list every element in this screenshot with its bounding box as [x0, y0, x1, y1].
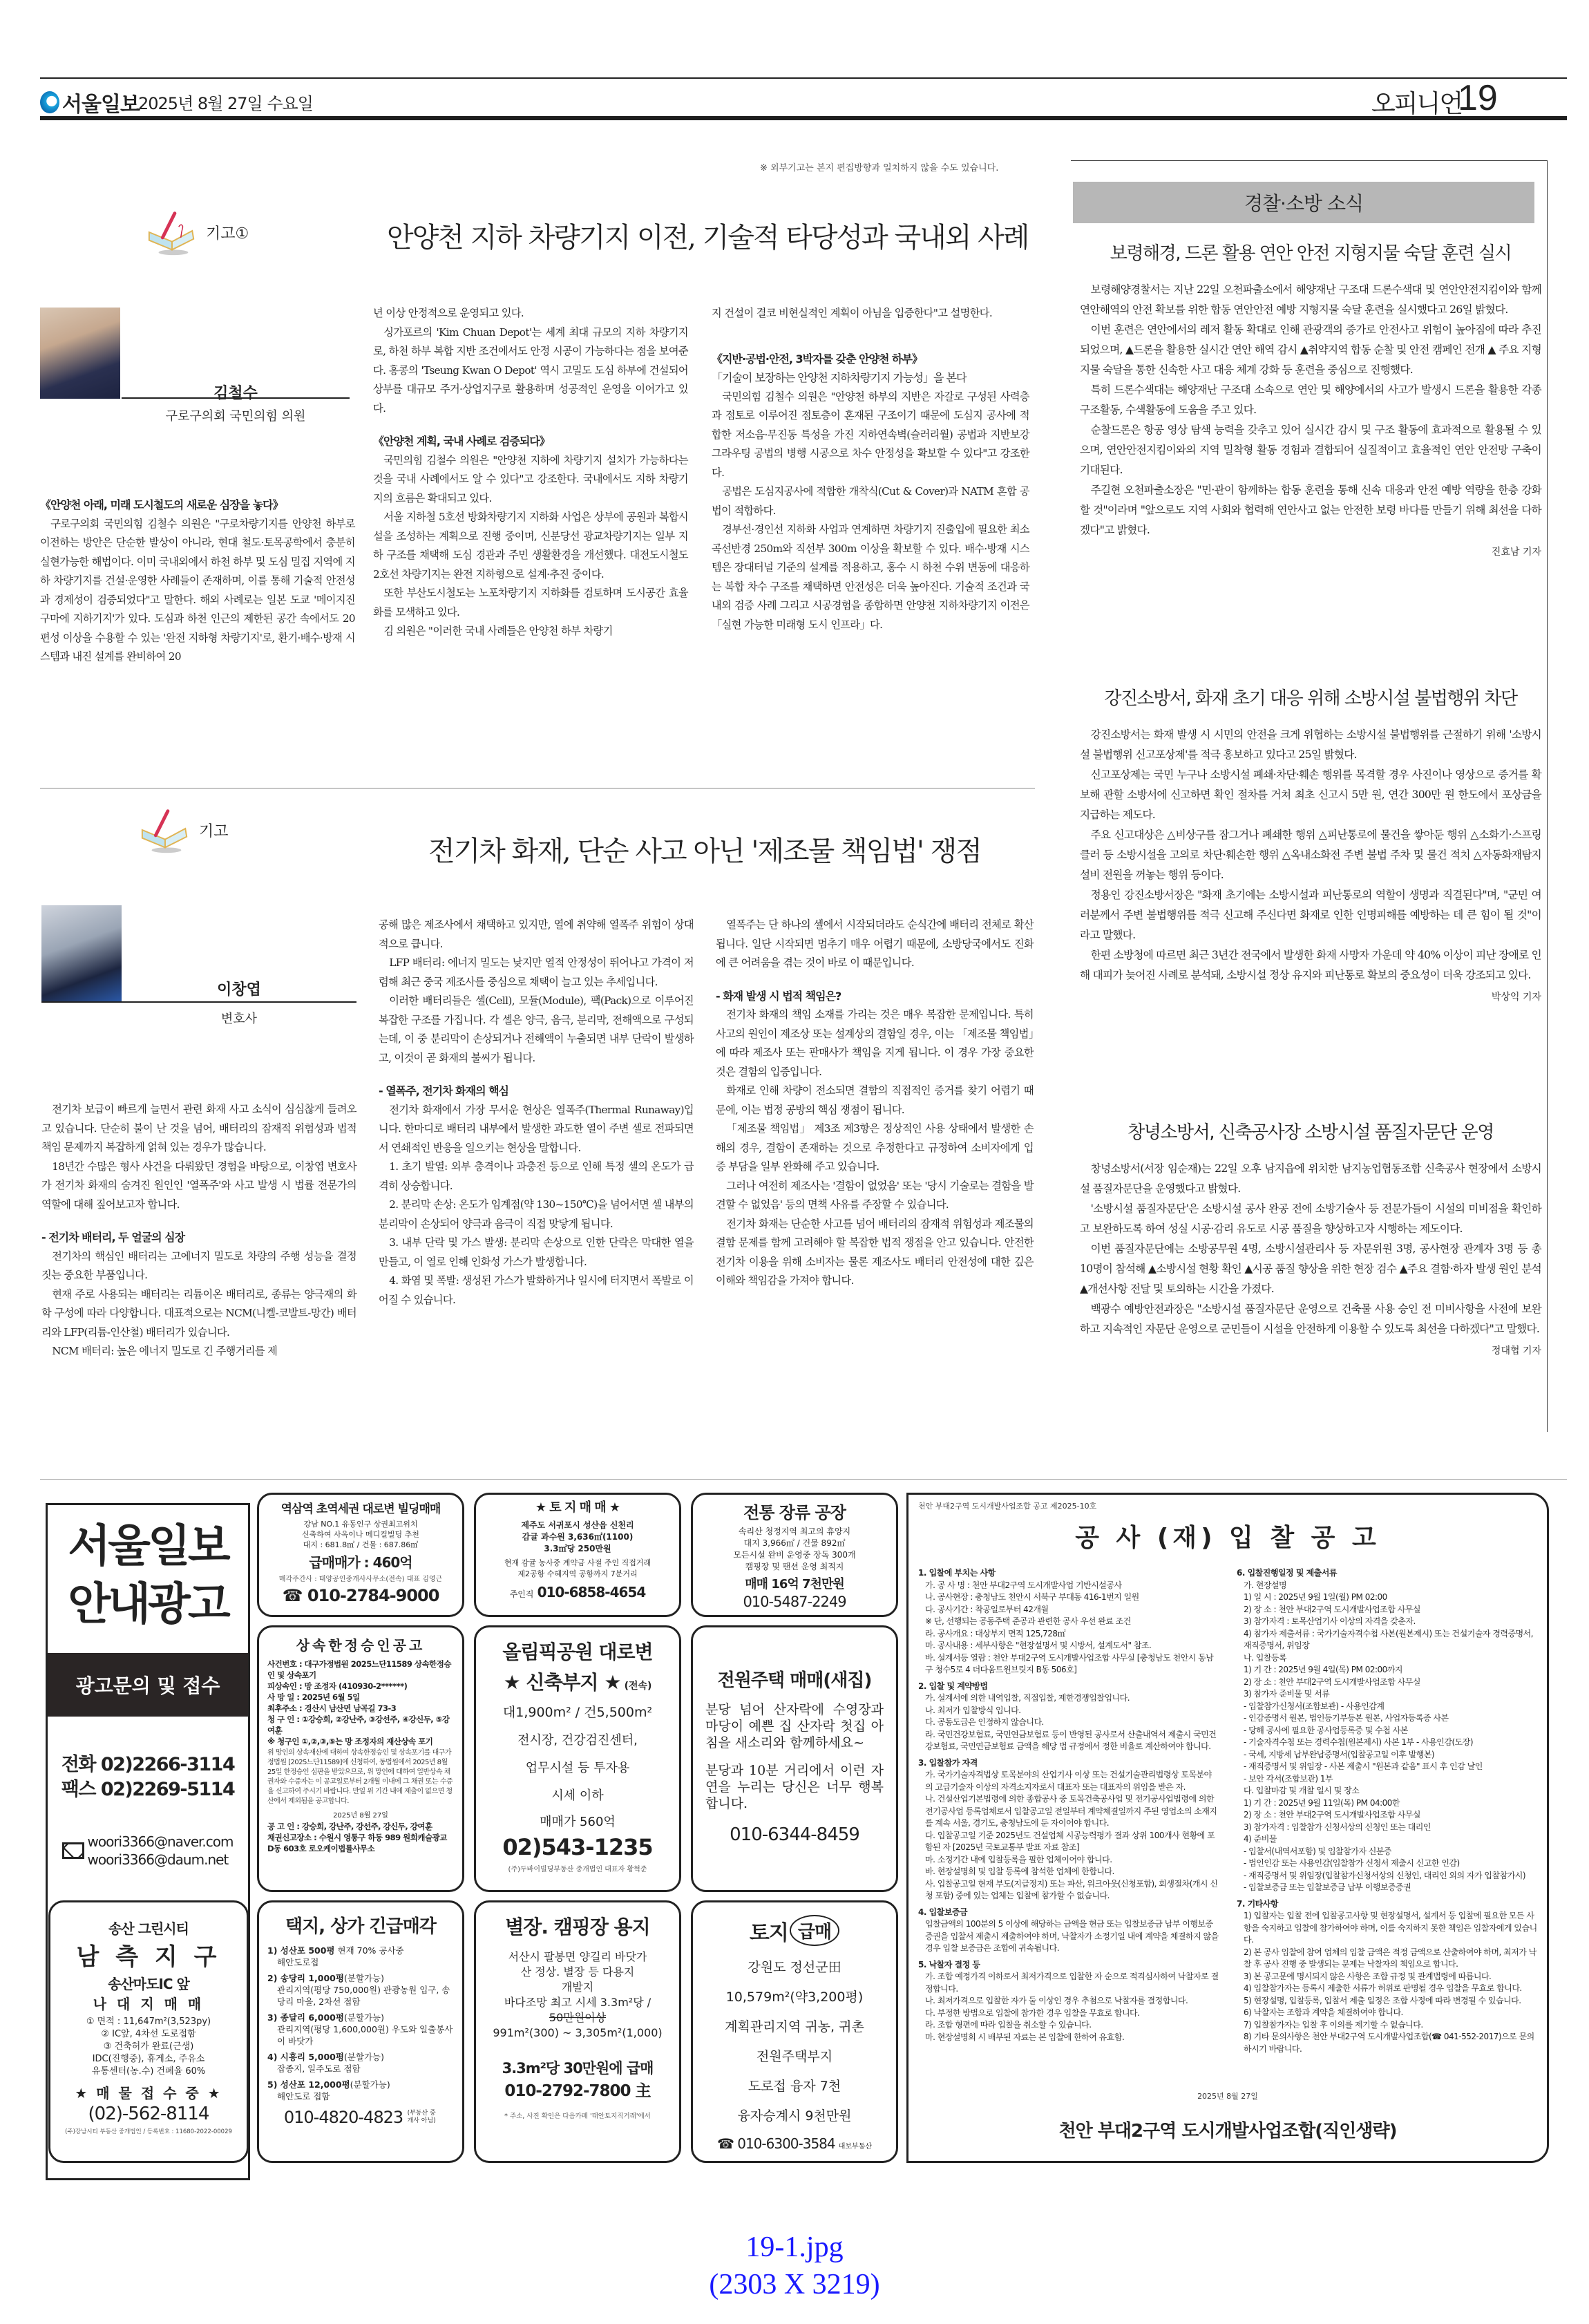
- article2-column-3: 열폭주는 단 하나의 셀에서 시작되더라도 순식간에 배터리 전체로 확산됩니다…: [716, 916, 1034, 1291]
- subheading: - 화재 발생 시 법적 책임은?: [716, 987, 1034, 1006]
- ad-contact[interactable]: 주인직 010-6858-4654: [476, 1584, 679, 1600]
- paragraph: 공해 많은 제조사에서 채택하고 있지만, 열에 취약해 열폭주 위험이 상대적…: [379, 916, 694, 954]
- bid-line: - 재직증명서 및 위임장 - 사본 제출시 "원본과 같음" 표시 후 인감 …: [1237, 1761, 1537, 1773]
- paragraph: 또한 부산도시철도는 노포차량기지 지하화를 검토하며 도시공간 효율화를 모색…: [373, 584, 688, 622]
- issue-date: 2025년 8월 27일 수요일: [138, 90, 313, 114]
- ad-title: 토지: [750, 1916, 788, 1946]
- bid-notice-number: 천안 부대2구역 도시개발사업조합 공고 제2025-10호: [908, 1495, 1547, 1511]
- ad-note: (부동산 중개사 아님): [406, 2110, 437, 2125]
- bid-line: 바. 현장설명회 및 입찰 등록에 참석한 업체에 한합니다.: [918, 1866, 1219, 1878]
- ad-item: ① 면적 : 11,647m²(3,523py): [50, 2016, 247, 2028]
- bid-line: 3) 참가자 준비물 및 서류: [1237, 1688, 1537, 1701]
- article1-column-2: 년 이상 안정적으로 운영되고 있다. 싱가포르의 'Kim Chuan Dep…: [373, 304, 688, 641]
- paragraph: 「제조물 책임법」 제3조 제3항은 정상적인 사용 상태에서 발생한 손해의 …: [716, 1120, 1034, 1177]
- ad-phone[interactable]: (02)-562-8114: [50, 2104, 247, 2124]
- bid-line: 나. 최저가 입찰방식 입니다.: [918, 1705, 1219, 1717]
- ad-line: 바다조망 최고 시세 3.3m²당 /: [476, 1995, 679, 2010]
- waiver-note: ※ 청구인 ①,②,③,⑤는 망 조정자의 재산상속 포기: [267, 1736, 454, 1747]
- bid-line: 다. 공동도급은 인정하지 않습니다.: [918, 1717, 1219, 1729]
- ad-item: IDC(진행중), 휴게소, 주유소: [50, 2053, 247, 2066]
- paragraph: 년 이상 안정적으로 운영되고 있다.: [373, 304, 688, 323]
- paragraph: 창녕소방서(서장 임순재)는 22일 오후 남지읍에 위치한 남지농업협동조합 …: [1080, 1159, 1541, 1199]
- ad-price: 매매 16억 7천만원: [693, 1574, 896, 1592]
- bid-line: - 입찰보증금 또는 입찰보증금 납부 이행보증증권: [1237, 1882, 1537, 1894]
- ad-item: ③ 건축허가 완료(근생): [50, 2041, 247, 2053]
- bid-line: 4) 참가자 제출서류 : 국가기술자격수첩 사본(원본제시) 또는 건설기술자…: [1237, 1628, 1537, 1652]
- bid-section-heading: 4. 입찰보증금: [918, 1907, 1219, 1919]
- ad-banner: ★ 매 물 접 수 중 ★: [50, 2082, 247, 2102]
- article2-author-name: 이창엽: [122, 978, 356, 999]
- ad-tag: (전속): [625, 1681, 652, 1692]
- paragraph: 전기차 화재에서 가장 무서운 현상은 열폭주(Thermal Runaway)…: [379, 1101, 694, 1158]
- bid-line: 라. 조합 형편에 따라 입찰을 취소할 수 있습니다.: [918, 2019, 1219, 2032]
- subheading: 《안양천 계획, 국내 사례로 검증되다》: [373, 432, 688, 451]
- bid-line: 나. 공사현장 : 충청남도 천안시 서북구 부대동 416-1번지 일원: [918, 1591, 1219, 1604]
- bid-line: - 보안 각서(조합보관) 1부: [1237, 1773, 1537, 1786]
- paragraph: 보령해양경찰서는 지난 22일 오천파출소에서 해양재난 구조대 드론수색대 및…: [1080, 280, 1541, 320]
- bid-line: 5) 현장설명, 입찰등록, 입찰서 제출 일정은 조합 사정에 따라 변경될 …: [1237, 1995, 1537, 2007]
- ad-item: 1) 성산포 500평 현재 70% 공사중해안도로접: [267, 1945, 454, 1968]
- ad-line: 캠핑장 및 팬션 운영 최적지: [693, 1561, 896, 1573]
- paragraph: 국민의힘 김철수 의원은 "안양천 하부의 지반은 자갈로 구성된 사력층과 점…: [712, 388, 1029, 483]
- bid-line: - 법인인감 또는 사용인감(입찰참가 신청서 제출시 신고한 인감): [1237, 1858, 1537, 1870]
- logo-globe-icon: [40, 91, 59, 113]
- ad-price: 급매매가 : 460억: [259, 1551, 462, 1571]
- article1-author-name: 김철수: [122, 381, 350, 403]
- ad-line: 계획관리지역 귀농, 귀촌: [693, 2016, 896, 2035]
- paragraph: 백광수 예방안전과장은 "소방시설 품질자문단 운영으로 건축물 사용 승인 전…: [1080, 1299, 1541, 1339]
- email-2[interactable]: woori3366@daum.net: [87, 1851, 233, 1869]
- ad-line: 개발지: [476, 1980, 679, 1995]
- paragraph: 특히 드론수색대는 해양재난 구조대 소속으로 연안 및 해양에서의 사고가 발…: [1080, 380, 1541, 420]
- paragraph: 서울 지하철 5호선 방화차량기지 지하화 사업은 상부에 공원과 복합시설을 …: [373, 508, 688, 584]
- guide-phone[interactable]: 전화 02)2266-3114: [48, 1753, 248, 1777]
- ad-line: 대지 : 681.8㎡ / 건물 : 687.86㎡: [259, 1540, 462, 1550]
- article2-kigo-badge: 기고: [138, 805, 229, 855]
- news-item: 창녕소방서, 신축공사장 소방시설 품질자문단 운영 창녕소방서(서장 임순재)…: [1080, 1118, 1541, 1357]
- paragraph: 현재 주로 사용되는 배터리는 리튬이온 배터리로, 종류는 양극재의 화학 구…: [41, 1285, 356, 1343]
- byline: 정대협 기자: [1080, 1343, 1541, 1357]
- masthead-logo[interactable]: 서울일보: [40, 87, 140, 117]
- bid-line: 마. 소정기간 내에 입찰등록을 필한 업체이어야 합니다.: [918, 1854, 1219, 1867]
- subheading: 《지반·공법·안전, 3박자를 갖춘 안양천 하부》: [712, 350, 1029, 369]
- bid-line: 사. 입찰공고일 현재 부도(지급정지) 또는 파산, 워크아웃(신청포함), …: [918, 1878, 1219, 1902]
- bid-line: 2) 장 소 : 천안 부대2구역 도시개발사업조합 사무실: [1237, 1604, 1537, 1616]
- article1-column-3: 지 건설이 결코 비현실적인 계획이 아님을 입증한다"고 설명한다. 《지반·…: [712, 304, 1029, 634]
- ad-line: 991m²(300) ~ 3,305m²(1,000): [476, 2025, 679, 2041]
- ad-line: 송산 그린시티: [50, 1918, 247, 1938]
- author-divider: [41, 1001, 356, 1003]
- bid-line: 3) 본 공고문에 명시되지 않은 사항은 조합 규정 및 관계법령에 따릅니다…: [1237, 1971, 1537, 1983]
- ad-line: 전시장, 건강검진센터,: [476, 1730, 679, 1748]
- ad-line: 강원도 정선군田: [693, 1957, 896, 1976]
- ad-line: 융자승계시 9천만원: [693, 2106, 896, 2124]
- ad-building[interactable]: 역삼역 초역세권 대로변 빌딩매매 강남 NO.1 유동인구 상권최고위치 신축…: [257, 1493, 464, 1617]
- ad-land-jeju[interactable]: ★ 토 지 매 매 ★ 제주도 서귀포시 성산읍 신천리 감귤 과수원 3,63…: [474, 1493, 681, 1617]
- subheading: - 전기차 배터리, 두 얼굴의 심장: [41, 1228, 356, 1247]
- bid-line: 6) 낙찰자는 조합과 계약을 체결하여야 합니다.: [1237, 2007, 1537, 2019]
- byline: 박상익 기자: [1080, 990, 1541, 1003]
- bid-line: 가. 현장설명: [1237, 1580, 1537, 1592]
- paragraph: 4. 화염 및 폭발: 생성된 가스가 발화하거나 일시에 터지면서 폭발로 이…: [379, 1272, 694, 1310]
- article1-kigo-label: 기고①: [206, 222, 249, 243]
- bid-line: 2) 장 소 : 천안 부대2구역 도시개발사업조합 사무실: [1237, 1809, 1537, 1822]
- ad-line: 3.3㎡당 250만원: [476, 1543, 679, 1555]
- bid-line: 4) 입찰참가자는 등록시 제출한 서류가 허위로 판명될 경우 입찰을 무효로…: [1237, 1983, 1537, 1995]
- ad-title: 올림픽공원 대로변: [476, 1637, 679, 1665]
- ad-title: ★ 토 지 매 매 ★: [476, 1498, 679, 1515]
- article1-column-1: 《안양천 아래, 미래 도시철도의 새로운 심장을 놓다》 구로구의회 국민의힘…: [40, 495, 355, 667]
- bid-issuer: 천안 부대2구역 도시개발사업조합(직인생략): [908, 2117, 1547, 2142]
- ad-phone[interactable]: 010-6858-4654: [537, 1584, 646, 1600]
- paragraph: 정용인 강진소방서장은 "화재 초기에는 소방시설과 피난통로의 역할이 생명과…: [1080, 885, 1541, 945]
- ad-line: 서산시 팔봉면 양길리 바닷가: [476, 1949, 679, 1965]
- ad-line: 대지 3,966㎡ / 건물 892㎡: [693, 1538, 896, 1549]
- bid-line: 나. 건설산업기본법령에 의한 종합공사 중 토목건축공사업 및 전기공사업법령…: [918, 1793, 1219, 1830]
- ad-green-city[interactable]: 송산 그린시티 남 측 지 구 송산마도IC 앞 나 대 지 매 매 ① 면적 …: [48, 1900, 249, 2163]
- bid-line: 2) 장 소 : 천안 부대2구역 도시개발사업조합 사무실: [1237, 1676, 1537, 1689]
- paragraph: 국민의힘 김철수 의원은 "안양천 지하에 차량기지 설치가 가능하다는 것을 …: [373, 451, 688, 509]
- bid-line: 가. 조합 예정가격 이하로서 최저가격으로 입찰한 자 순으로 적격심사하여 …: [918, 1971, 1219, 1995]
- bid-line: - 입찰서(내역서포함) 및 입찰참가자 신분증: [1237, 1846, 1537, 1858]
- bid-line: 1) 기 간 : 2025년 9월 4일(목) PM 02:00까지: [1237, 1664, 1537, 1676]
- paragraph: 이번 품질자문단에는 소방공무원 4명, 소방시설관리사 등 자문위원 3명, …: [1080, 1239, 1541, 1299]
- article2-kigo-label: 기고: [199, 820, 229, 841]
- paragraph: 구로구의회 국민의힘 김철수 의원은 "구로차량기지를 안양천 하부로 이전하는…: [40, 515, 355, 667]
- ad-item: 3) 종달리 6,000평(분할가능)관리지역(평당 1,600,000원) 우…: [267, 2012, 454, 2047]
- ad-line: 현재 감귤 농사중 계약금 사절 주인 직접거래: [476, 1558, 679, 1569]
- ad-line: 모든시설 완비 운영중 장독 300개: [693, 1549, 896, 1561]
- bid-section-heading: 6. 입찰진행일정 및 제출서류: [1237, 1567, 1537, 1580]
- ad-line: 감귤 과수원 3,636㎡(1100): [476, 1531, 679, 1543]
- bid-line: 나. 최저가격으로 입찰한 자가 둘 이상인 경우 추첨으로 낙찰자를 결정합니…: [918, 1995, 1219, 2007]
- ad-subtitle: ★ 신축부지 ★: [504, 1671, 621, 1694]
- bid-line: - 당해 공사에 필요한 공사업등록증 및 수첩 사본: [1237, 1725, 1537, 1737]
- article2-column-1: 전기차 보급이 빠르게 늘면서 관련 화재 사고 소식이 심심찮게 들려오고 있…: [41, 1100, 356, 1361]
- news-section-header: 경찰·소방 소식: [1073, 182, 1534, 223]
- article1-title: 안양천 지하 차량기지 이전, 기술적 타당성과 국내외 사례: [387, 216, 1028, 255]
- paragraph: 김 의원은 "이러한 국내 사례들은 안양천 하부 차량기: [373, 622, 688, 641]
- ad-line: 제주도 서귀포시 성산읍 신천리: [476, 1520, 679, 1531]
- ad-item: 2) 송당리 1,000평(분할가능)관리지역(평당 750,000원) 관광농…: [267, 1972, 454, 2007]
- ad-phone[interactable]: 010-6344-8459: [693, 1824, 896, 1845]
- notice-title: 상속한정승인공고: [259, 1634, 462, 1654]
- paragraph: 경부선·경인선 지하화 사업과 연계하면 차량기지 진출입에 필요한 최소 곡선…: [712, 520, 1029, 634]
- news-item: 강진소방서, 화재 초기 대응 위해 소방시설 불법행위 차단 강진소방서는 화…: [1080, 684, 1541, 1003]
- caption-filename: 19-1.jpg: [0, 2229, 1589, 2266]
- ad-agent: 대보부동산: [839, 2143, 872, 2151]
- header-bottom-rule: [40, 116, 1567, 120]
- bid-line: 1) 기 간 : 2025년 9월 11일(목) PM 04:00한: [1237, 1797, 1537, 1810]
- bid-line: 가. 설계서에 의한 내역입찰, 직접입찰, 제한경쟁입찰입니다.: [918, 1692, 1219, 1705]
- image-caption: 19-1.jpg (2303 X 3219): [0, 2229, 1589, 2303]
- paragraph: NCM 배터리: 높은 에너지 밀도로 긴 주행거리를 제: [41, 1342, 356, 1361]
- paragraph: 주요 신고대상은 △비상구를 잠그거나 폐쇄한 행위 △피난통로에 물건을 쌓아…: [1080, 825, 1541, 885]
- ad-item: ② IC앞, 4차선 도로접함: [50, 2028, 247, 2041]
- ad-land-urgent[interactable]: 토지 급매 강원도 정선군田 10,579m²(약3,200평) 계획관리지역 …: [691, 1900, 898, 2163]
- urgent-badge: 급매: [790, 1915, 839, 1946]
- ad-factory[interactable]: 전통 장류 공장 속리산 청정지역 최고의 휴양지 대지 3,966㎡ / 건물…: [691, 1493, 898, 1617]
- ad-title: 역삼역 초역세권 대로변 빌딩매매: [259, 1499, 462, 1516]
- section-name: 오피니언: [1371, 84, 1462, 120]
- ad-line: 신축하여 사옥이나 메디컬빌딩 추천: [259, 1529, 462, 1540]
- bid-line: 8) 기타 문의사항은 천안 부대2구역 도시개발사업조합(☎ 041-552-…: [1237, 2031, 1537, 2055]
- ad-strike-price: 50만원이상: [476, 2010, 679, 2025]
- ad-area: 대1,900m² / 건5,500m²: [476, 1702, 679, 1721]
- bid-line: 다. 부정한 방법으로 입찰에 참가한 경우 입찰을 무효로 합니다.: [918, 2007, 1219, 2020]
- ad-line: 제2공항 수혜지역 공항까지 7분거리: [476, 1569, 679, 1580]
- ad-inheritance-notice: 상속한정승인공고 사건번호 : 대구가정법원 2025느단11589 상속한정승…: [257, 1625, 464, 1892]
- paragraph: 1. 초기 발열: 외부 충격이나 과충전 등으로 인해 특정 셀의 온도가 급…: [379, 1158, 694, 1196]
- caption-dimensions: (2303 X 3219): [0, 2266, 1589, 2303]
- article1-author-photo: [40, 308, 120, 399]
- bid-line: 7) 입찰참가자는 입찰 후 이의를 제기할 수 없습니다.: [1237, 2019, 1537, 2032]
- bid-line: 바. 설계서등 열람 : 천안 부대2구역 도시개발사업조합 사무실 [충청남도…: [918, 1652, 1219, 1676]
- bid-line: 2) 본 공사 입찰에 참여 업체의 입찰 금액은 적정 금액으로 산출하여야 …: [1237, 1947, 1537, 1971]
- ad-line: 10,579m²(약3,200평): [693, 1987, 896, 2005]
- paragraph: 지 건설이 결코 비현실적인 계획이 아님을 입증한다"고 설명한다.: [712, 304, 1029, 323]
- article2-author-role: 변호사: [122, 1009, 356, 1027]
- paragraph: 강진소방서는 화재 발생 시 시민의 안전을 크게 위협하는 소방시설 불법행위…: [1080, 725, 1541, 765]
- bid-line: 입찰금액의 100분의 5 이상에 해당하는 금액을 현금 또는 입찰보증금 납…: [918, 1918, 1219, 1955]
- ad-body: 분당 넘어 산자락에 수영장과 마당이 예쁜 집 산자락 첫집 아침을 새소리와…: [693, 1692, 896, 1751]
- paragraph: 18년간 수많은 형사 사건을 다뤄왔던 경험을 바탕으로, 이창엽 변호사가 …: [41, 1158, 356, 1215]
- ad-phone-label: 주인직: [510, 1589, 534, 1599]
- ad-country-house[interactable]: 전원주택 매매(새집) 분당 넘어 산자락에 수영장과 마당이 예쁜 집 산자락…: [691, 1625, 898, 1892]
- bid-line: ※ 단, 선행되는 공동주택 준공과 관련한 공사 우선 완료 조건: [918, 1616, 1219, 1628]
- bid-notice: 천안 부대2구역 도시개발사업조합 공고 제2025-10호 공 사 (재) 입…: [906, 1493, 1549, 2163]
- ad-urgent-sale[interactable]: 택지, 상가 긴급매각 1) 성산포 500평 현재 70% 공사중해안도로접 …: [257, 1900, 464, 2163]
- subheading: 《안양천 아래, 미래 도시철도의 새로운 심장을 놓다》: [40, 495, 355, 515]
- paragraph: 이번 훈련은 연안에서의 레저 활동 확대로 인해 관광객의 증가로 안전사고 …: [1080, 320, 1541, 380]
- ad-phone[interactable]: ☎ 010-2784-9000: [259, 1586, 462, 1605]
- bid-line: 가. 국가기술자격법상 토목분야의 산업기사 이상 또는 건설기술관리법령상 토…: [918, 1769, 1219, 1793]
- case-number: 사건번호 : 대구가정법원 2025느단11589 상속한정승인 및 상속포기: [267, 1659, 454, 1681]
- ad-body: 분당과 10분 거리에서 이런 자연을 누리는 당신은 너무 행복합니다.: [693, 1751, 896, 1812]
- ad-phone[interactable]: 010-5487-2249: [693, 1594, 896, 1610]
- ad-agent: 매각주간사 : 태양공인중개사사무소(전속) 대표 김영근: [259, 1573, 462, 1583]
- report-place: 채권신고장소 : 수원시 영통구 하동 989 원희캐슬광교 D동 603호 로…: [267, 1832, 454, 1854]
- ad-price: 매매가 560억: [476, 1812, 679, 1830]
- bid-section-heading: 1. 입찰에 부치는 사항: [918, 1567, 1219, 1580]
- disclaimer: ※ 외부기고는 본지 편집방향과 일치하지 않을 수도 있습니다.: [760, 160, 998, 173]
- bid-line: 4) 준비물: [1237, 1833, 1537, 1846]
- news-body: 강진소방서는 화재 발생 시 시민의 안전을 크게 위협하는 소방시설 불법행위…: [1080, 725, 1541, 985]
- bid-line: 마. 공사내용 : 세부사항은 "현장설명서 및 시방서, 설계도서" 참조.: [918, 1640, 1219, 1652]
- ads-section-rule: [40, 1479, 1567, 1480]
- ad-phone[interactable]: ☎ 010-6300-3584: [717, 2135, 835, 2152]
- ad-villa-camping[interactable]: 별장. 캠핑장 용지 서산시 팔봉면 양길리 바닷가 산 정상. 별장 등 다용…: [474, 1900, 681, 2163]
- bid-line: - 기술자격수첩 또는 경력수첩(원본제시) 사본 1부 - 사용인감(도장): [1237, 1737, 1537, 1749]
- ad-item: 4) 시흥리 5,000평(분할가능)잡종지, 일주도로 접함: [267, 2051, 454, 2075]
- ad-item: 5) 성산포 12,000평(분할가능)해안도로 접함: [267, 2079, 454, 2102]
- guide-fax: 팩스 02)2269-5114: [48, 1777, 248, 1802]
- news-body: 창녕소방서(서장 임순재)는 22일 오후 남지읍에 위치한 남지농업협동조합 …: [1080, 1159, 1541, 1339]
- news-title[interactable]: 창녕소방서, 신축공사장 소방시설 품질자문단 운영: [1080, 1118, 1541, 1144]
- email-1[interactable]: woori3366@naver.com: [87, 1833, 233, 1851]
- announcers: 공 고 인 : 강승희, 강난주, 강선주, 강신두, 강여훈: [267, 1821, 454, 1832]
- deceased: 피상속인 : 망 조정자 (410930-2******): [267, 1681, 454, 1692]
- bid-line: 다. 입찰마감 및 개찰 일시 및 장소: [1237, 1785, 1537, 1797]
- ad-title: 남 측 지 구: [50, 1938, 247, 1972]
- guide-title-line1: 서울일보: [48, 1518, 248, 1576]
- paragraph: 2. 분리막 손상: 온도가 임계점(약 130~150℃)을 넘어서면 셀 내…: [379, 1196, 694, 1234]
- ad-line: 속리산 청정지역 최고의 휴양지: [693, 1526, 896, 1538]
- article-divider: [40, 788, 1035, 788]
- paragraph: 전기차의 핵심인 배터리는 고에너지 밀도로 차량의 주행 성능을 결정짓는 중…: [41, 1247, 356, 1285]
- bid-date: 2025년 8월 27일: [908, 2090, 1547, 2101]
- ad-title: 전원주택 매매(새집): [693, 1666, 896, 1692]
- article1-author-role: 구로구의회 국민의힘 의원: [122, 406, 350, 424]
- subheading-secondary: 「기술이 보장하는 안양천 지하차량기지 가능성」을 본다: [712, 368, 1029, 388]
- ad-line: 시세 이하: [476, 1786, 679, 1804]
- ad-olympic-park[interactable]: 올림픽공원 대로변 ★ 신축부지 ★ (전속) 대1,900m² / 건5,50…: [474, 1625, 681, 1892]
- news-item: 보령해경, 드론 활용 연안 안전 지형지물 숙달 훈련 실시 보령해양경찰서는…: [1080, 239, 1541, 558]
- bid-line: - 인감증명서 원본, 법인등기부등본 원본, 사업자등록증 사본: [1237, 1712, 1537, 1725]
- death-date: 사 망 일 : 2025년 6월 5일: [267, 1692, 454, 1703]
- news-body: 보령해양경찰서는 지난 22일 오천파출소에서 해양재난 구조대 드론수색대 및…: [1080, 280, 1541, 540]
- open-book-pencil-icon: [138, 805, 192, 855]
- bid-line: 1) 일 시 : 2025년 9월 1일(월) PM 02:00: [1237, 1591, 1537, 1604]
- paragraph: 순찰드론은 항공 영상 탐색 능력을 갖추고 있어 실시간 감시 및 구조 활동…: [1080, 420, 1541, 480]
- paragraph: 공법은 도심지공사에 적합한 개착식(Cut & Cover)과 NATM 혼합…: [712, 482, 1029, 520]
- bid-left-column: 1. 입찰에 부치는 사항가. 공 사 명 : 천안 부대2구역 도시개발사업 …: [918, 1563, 1219, 2055]
- ad-agent: (주)두바이빌딩부동산 중개법인 대표자 황혁준: [476, 1863, 679, 1873]
- paragraph: 싱가포르의 'Kim Chuan Depot'는 세계 최대 규모의 지하 차량…: [373, 323, 688, 419]
- paragraph: 화재로 인해 차량이 전소되면 결함의 직접적인 증거를 찾기 어렵기 때문에,…: [716, 1081, 1034, 1120]
- ad-title: 전통 장류 공장: [693, 1499, 896, 1523]
- bid-line: 라. 국민건강보험료, 국민연금보험료 등이 반영된 공사로서 산출내역서 제출…: [918, 1729, 1219, 1753]
- bid-line: - 입찰참가신청서(조합보관) - 사용인감계: [1237, 1701, 1537, 1713]
- ad-line: 강남 NO.1 유동인구 상권최고위치: [259, 1519, 462, 1529]
- ad-note: * 주소, 사진 확인은 다음카페 '태안토지직거래'에서: [476, 2110, 679, 2120]
- paragraph: 전기차 화재의 책임 소재를 가리는 것은 매우 복잡한 문제입니다. 특히 사…: [716, 1005, 1034, 1081]
- byline: 진효남 기자: [1080, 545, 1541, 558]
- page-number: 19: [1458, 77, 1498, 119]
- ad-line: 도로접 융자 7천: [693, 2076, 896, 2095]
- bid-line: 1) 입찰자는 입찰 전에 입찰공고사항 및 현장설명서, 설계서 등 입찰에 …: [1237, 1910, 1537, 1947]
- paragraph: 열폭주는 단 하나의 셀에서 시작되더라도 순식간에 배터리 전체로 확산됩니다…: [716, 916, 1034, 973]
- ad-line: 업무시설 등 투자용: [476, 1758, 679, 1776]
- paragraph: 전기차 화재는 단순한 사고를 넘어 배터리의 잠재적 위험성과 제조물의 결함…: [716, 1215, 1034, 1291]
- article2-column-2: 공해 많은 제조사에서 채택하고 있지만, 열에 취약해 열폭주 위험이 상대적…: [379, 916, 694, 1310]
- article1-kigo-badge: 기고①: [145, 207, 249, 257]
- logo-text: 서울일보: [62, 87, 140, 117]
- author-divider: [122, 397, 350, 399]
- bid-line: - 재직증명서 및 위임장(입찰참가신청서상의 신청인, 대리인 외의 자가 입…: [1237, 1870, 1537, 1882]
- ad-phone[interactable]: 010-4820-4823: [284, 2108, 403, 2127]
- envelope-icon: [62, 1842, 84, 1859]
- ad-title: 택지, 상가 긴급매각: [259, 1912, 462, 1938]
- article2-title: 전기차 화재, 단순 사고 아닌 '제조물 책임법' 쟁점: [428, 829, 981, 869]
- bid-line: 다. 입찰공고일 기준 2025년도 건설업체 시공능력평가 결과 상위 100…: [918, 1830, 1219, 1854]
- header-top-rule: [40, 77, 1567, 79]
- ad-agent: (주)강남시티 부동산 중개법인 / 등록번호 : 11680-2022-000…: [50, 2127, 247, 2135]
- bid-section-heading: 5. 낙찰자 결정 등: [918, 1959, 1219, 1972]
- notice-date: 2025년 8월 27일: [259, 1809, 462, 1820]
- bid-title: 공 사 (재) 입 찰 공 고: [908, 1518, 1547, 1553]
- paragraph: 3. 내부 단락 및 가스 발생: 분리막 손상으로 인한 단락은 막대한 열을…: [379, 1234, 694, 1272]
- paragraph: 주길현 오천파출소장은 "민·관이 함께하는 합동 훈련을 통해 신속 대응과 …: [1080, 480, 1541, 540]
- bid-line: 가. 공 사 명 : 천안 부대2구역 도시개발사업 기반시설공사: [918, 1580, 1219, 1592]
- paragraph: 이러한 배터리들은 셀(Cell), 모듈(Module), 팩(Pack)으로…: [379, 992, 694, 1068]
- bid-line: 나. 입찰등록: [1237, 1652, 1537, 1665]
- notice-body: 위 망인의 상속재산에 대하여 상속한정승인 및 상속포기를 대구가정법원 [2…: [259, 1747, 462, 1806]
- ad-title: 별장. 캠핑장 용지: [476, 1912, 679, 1940]
- guide-title-line2: 안내광고: [48, 1576, 248, 1634]
- bid-line: 마. 현장설명회 시 배부된 자료는 본 입찰에 한하여 유효함.: [918, 2032, 1219, 2044]
- ad-line: 나 대 지 매 매: [50, 1993, 247, 2013]
- bid-right-column: 6. 입찰진행일정 및 제출서류가. 현장설명1) 일 시 : 2025년 9월…: [1237, 1563, 1537, 2055]
- ad-phone[interactable]: 02)543-1235: [476, 1834, 679, 1860]
- paragraph: 신고포상제는 국민 누구나 소방시설 폐쇄·차단·훼손 행위를 목격할 경우 사…: [1080, 765, 1541, 825]
- bid-section-heading: 2. 입찰 및 계약방법: [918, 1681, 1219, 1693]
- ad-line: 송산마도IC 앞: [50, 1973, 247, 1993]
- news-title[interactable]: 보령해경, 드론 활용 연안 안전 지형지물 숙달 훈련 실시: [1080, 239, 1541, 265]
- ad-price: 3.3m²당 30만원에 급매: [476, 2057, 679, 2078]
- paragraph: 한편 소방청에 따르면 최근 3년간 전국에서 발생한 화재 사망자 가운데 약…: [1080, 945, 1541, 985]
- paragraph: '소방시설 품질자문단'은 소방시설 공사 완공 전에 소방기술사 등 전문가들…: [1080, 1199, 1541, 1239]
- bid-line: 3) 참가자격 : 입찰참가 신청서상의 신청인 또는 대리인: [1237, 1822, 1537, 1834]
- bid-line: 3) 참가자격 : 토목산업기사 이상의 자격을 갖춘자.: [1237, 1616, 1537, 1628]
- article2-author-photo: [41, 905, 122, 1002]
- bid-section-heading: 7. 기타사항: [1237, 1898, 1537, 1911]
- ad-item: 유통센터(농.수) 건폐율 60%: [50, 2066, 247, 2078]
- claimants: 청 구 인 : ①강승희, ②강난주, ③강선주, ④강신두, ⑤강여훈: [267, 1714, 454, 1736]
- bid-line: 라. 공사개요 : 대상부지 면적 125,728㎡: [918, 1628, 1219, 1641]
- bid-section-heading: 3. 입찰참가 자격: [918, 1757, 1219, 1770]
- guide-band: 광고문의 및 접수: [48, 1653, 248, 1717]
- ad-line: 전원주택부지: [693, 2046, 896, 2065]
- open-book-pencil-icon: [145, 207, 199, 257]
- paragraph: LFP 배터리: 에너지 밀도는 낮지만 열적 안정성이 뛰어나고 가격이 저렴…: [379, 954, 694, 992]
- last-address: 최후주소 : 경산시 남산면 남곡길 73-3: [267, 1703, 454, 1714]
- bid-line: - 국세, 지방세 납부완납증명서(입찰공고일 이후 발행본): [1237, 1749, 1537, 1761]
- ad-line: 산 정상. 별장 등 다용지: [476, 1965, 679, 1980]
- paragraph: 그러나 여전히 제조사는 '결함이 없었음' 또는 '당시 기술로는 결함을 발…: [716, 1177, 1034, 1215]
- bid-line: 다. 공사기간 : 착공일로부터 42개월: [918, 1604, 1219, 1616]
- ad-phone[interactable]: 010-2792-7800 主: [476, 2078, 679, 2101]
- guide-email[interactable]: woori3366@naver.com woori3366@daum.net: [48, 1833, 248, 1869]
- news-title[interactable]: 강진소방서, 화재 초기 대응 위해 소방시설 불법행위 차단: [1080, 684, 1541, 710]
- paragraph: 전기차 보급이 빠르게 늘면서 관련 화재 사고 소식이 심심찮게 들려오고 있…: [41, 1100, 356, 1158]
- subheading: - 열폭주, 전기차 화재의 핵심: [379, 1081, 694, 1101]
